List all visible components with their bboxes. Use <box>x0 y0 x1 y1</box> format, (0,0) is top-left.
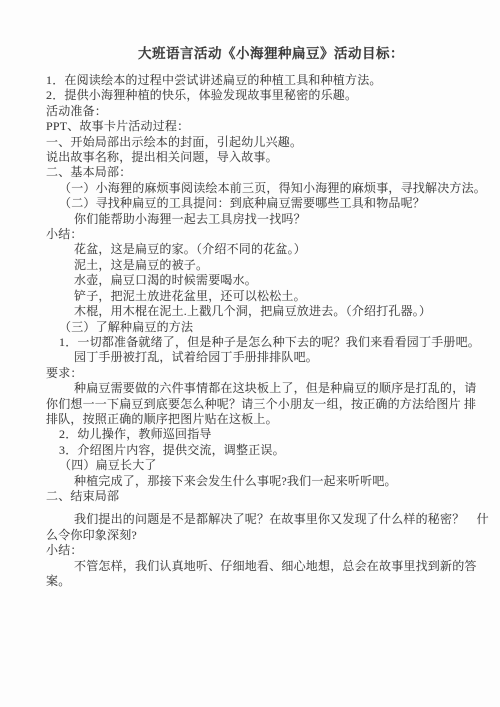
doc-line: 泥土，这是扁豆的被子。 <box>46 258 460 273</box>
doc-line: 铲子，把泥土放进花盆里，还可以松松土。 <box>46 289 460 304</box>
page-title: 大班语言活动《小海狸种扁豆》活动目标： <box>0 0 500 62</box>
doc-line: （四）扁豆长大了 <box>46 458 460 473</box>
doc-line: 2．幼儿操作，教师巡回指导 <box>46 427 460 442</box>
doc-line: 小结： <box>46 227 460 242</box>
doc-line: 种扁豆需要做的六件事情都在这块板上了，但是种扁豆的顺序是打乱的，请 <box>46 381 460 396</box>
doc-line: 二、结束局部 <box>46 489 460 504</box>
doc-line: 种植完成了，那接下来会发生什么事呢?我们一起来听听吧。 <box>46 474 460 489</box>
doc-line: 你们想一一下扁豆到底要怎么种呢？请三个小朋友一组，按正确的方法给图片 排 <box>46 397 460 412</box>
doc-line: 水壶，扁豆口渴的时候需要喝水。 <box>46 273 460 288</box>
doc-line: 3．介绍图片内容，提供交流，调整正误。 <box>46 443 460 458</box>
doc-line: 2．提供小海狸种植的快乐，体验发现故事里秘密的乐趣。 <box>46 88 460 103</box>
doc-line: 1．在阅读绘本的过程中尝试讲述扁豆的种植工具和种植方法。 <box>46 73 460 88</box>
doc-line: 1．一切都准备就绪了，但是种子是怎么种下去的呢？我们来看看园丁手册吧。 <box>46 335 460 350</box>
document-page: 大班语言活动《小海狸种扁豆》活动目标： 1．在阅读绘本的过程中尝试讲述扁豆的种植… <box>0 0 500 707</box>
doc-line: 一、开始局部出示绘本的封面，引起幼儿兴趣。 <box>46 135 460 150</box>
document-body: 1．在阅读绘本的过程中尝试讲述扁豆的种植工具和种植方法。2．提供小海狸种植的快乐… <box>46 73 460 589</box>
doc-line: 要求： <box>46 366 460 381</box>
doc-line: （二）寻找种扁豆的工具提问：到底种扁豆需要哪些工具和物品呢？ <box>46 196 460 211</box>
doc-line: 活动准备： <box>46 104 460 119</box>
doc-line: 我们提出的问题是不是都解决了呢？在故事里你又发现了什么样的秘密？ 什 <box>46 512 460 527</box>
doc-line: 园丁手册被打乱，试着给园丁手册排排队吧。 <box>46 350 460 365</box>
doc-line: 排队，按照正确的顺序把图片贴在这板上。 <box>46 412 460 427</box>
doc-line: 说出故事名称，提出相关问题，导入故事。 <box>46 150 460 165</box>
doc-line: PPT、故事卡片活动过程： <box>46 119 460 134</box>
doc-line: （一）小海狸的麻烦事阅读绘本前三页，得知小海狸的麻烦事，寻找解决方法。 <box>46 181 460 196</box>
doc-line: 案。 <box>46 574 460 589</box>
doc-line: 不管怎样，我们认真地听、仔细地看、细心地想，总会在故事里找到新的答 <box>46 559 460 574</box>
doc-line: （三）了解种扁豆的方法 <box>46 320 460 335</box>
doc-line: 二、基本局部： <box>46 165 460 180</box>
doc-line: 花盆，这是扁豆的家。（介绍不同的花盆。） <box>46 242 460 257</box>
doc-line: 你们能帮助小海狸一起去工具房找一找吗？ <box>46 212 460 227</box>
doc-line: 么令你印象深刻? <box>46 528 460 543</box>
doc-line: 小结： <box>46 543 460 558</box>
doc-line: 木棍，用木棍在泥土.上戳几个洞，把扁豆放进去。（介绍打孔器。） <box>46 304 460 319</box>
